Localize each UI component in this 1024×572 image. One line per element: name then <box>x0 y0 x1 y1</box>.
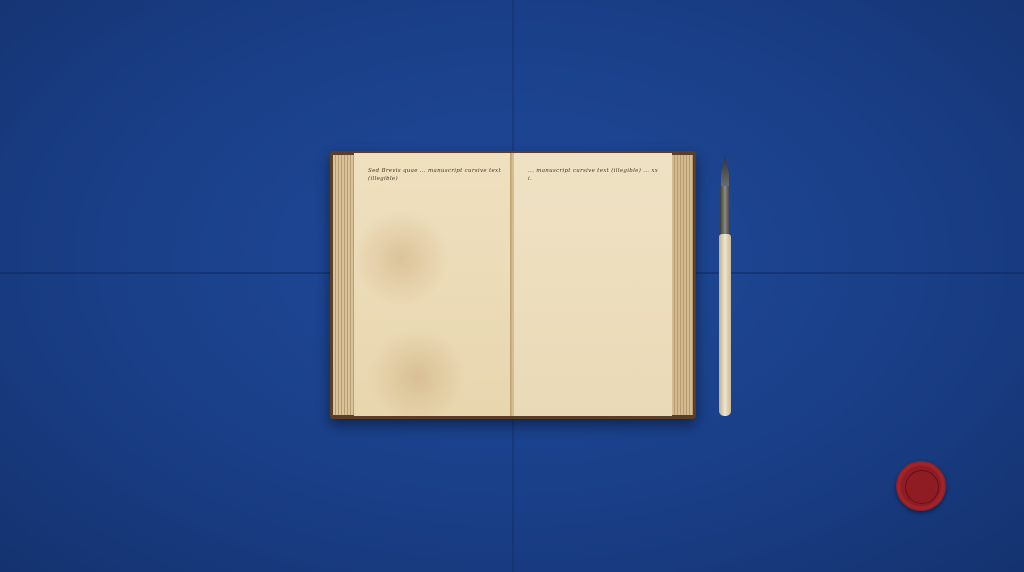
open-book: Sed Brevis quae ... manuscript cursive t… <box>330 151 696 419</box>
pen-ferrule <box>720 186 730 236</box>
page-edges-left <box>333 155 355 415</box>
wax-seal <box>896 461 946 511</box>
pen-nib <box>721 156 729 186</box>
dip-pen <box>718 156 732 416</box>
left-page: Sed Brevis quae ... manuscript cursive t… <box>354 153 512 416</box>
left-page-text: Sed Brevis quae ... manuscript cursive t… <box>368 167 502 184</box>
wax-seal-inner <box>905 470 939 504</box>
pen-shaft <box>719 234 731 416</box>
right-page: ... manuscript cursive text (illegible) … <box>514 153 672 416</box>
right-page-text: ... manuscript cursive text (illegible) … <box>528 167 662 184</box>
page-edges-right <box>671 155 693 415</box>
